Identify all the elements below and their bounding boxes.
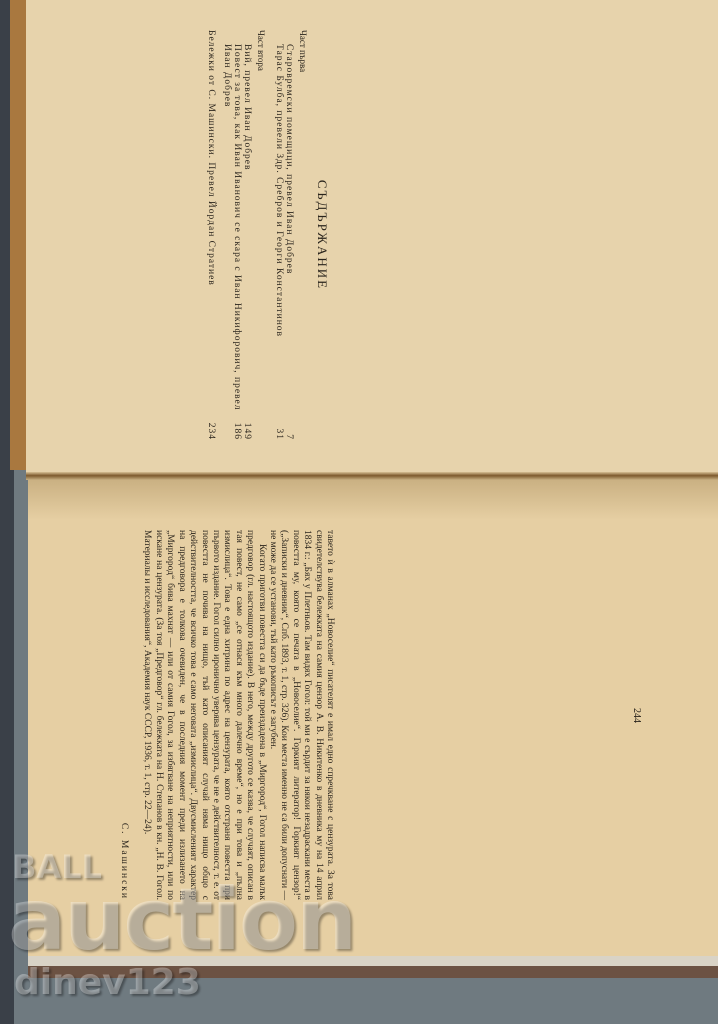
table-of-contents: СЪДЪРЖАНИЕ Част първа Старовремски помещ… (170, 30, 330, 440)
page-table-of-contents (26, 0, 718, 476)
paragraph: Когато приготви повестта си да бъде преи… (141, 530, 266, 900)
toc-entry: Старовремски помещици, превел Иван Добре… (284, 44, 294, 440)
book-gutter (26, 472, 718, 480)
page-number: 244 (631, 708, 642, 723)
paragraph: тавето ѝ в алманах „Новоселие“ писателят… (267, 530, 335, 900)
toc-part-label: Част първа (298, 30, 308, 440)
signature: С. Машински (118, 530, 129, 900)
toc-part-label: Част втора (256, 30, 266, 440)
watermark-user: dinev123 (14, 962, 201, 1003)
toc-entry: Повест за това, как Иван Иванович се ска… (222, 44, 242, 440)
page-body-text: тавето ѝ в алманах „Новоселие“ писателят… (118, 530, 335, 900)
toc-entry: Тарас Булба, превели Здр. Сребров и Геор… (274, 44, 284, 440)
watermark-logo: auction (8, 870, 355, 970)
toc-entry-notes: Бележки от С. Машински. Превел Йордан Ст… (206, 30, 216, 440)
gutter-shadow (28, 480, 718, 520)
toc-entry: Вий, превел Иван Добрев149 (242, 44, 252, 440)
toc-title: СЪДЪРЖАНИЕ (314, 30, 330, 440)
